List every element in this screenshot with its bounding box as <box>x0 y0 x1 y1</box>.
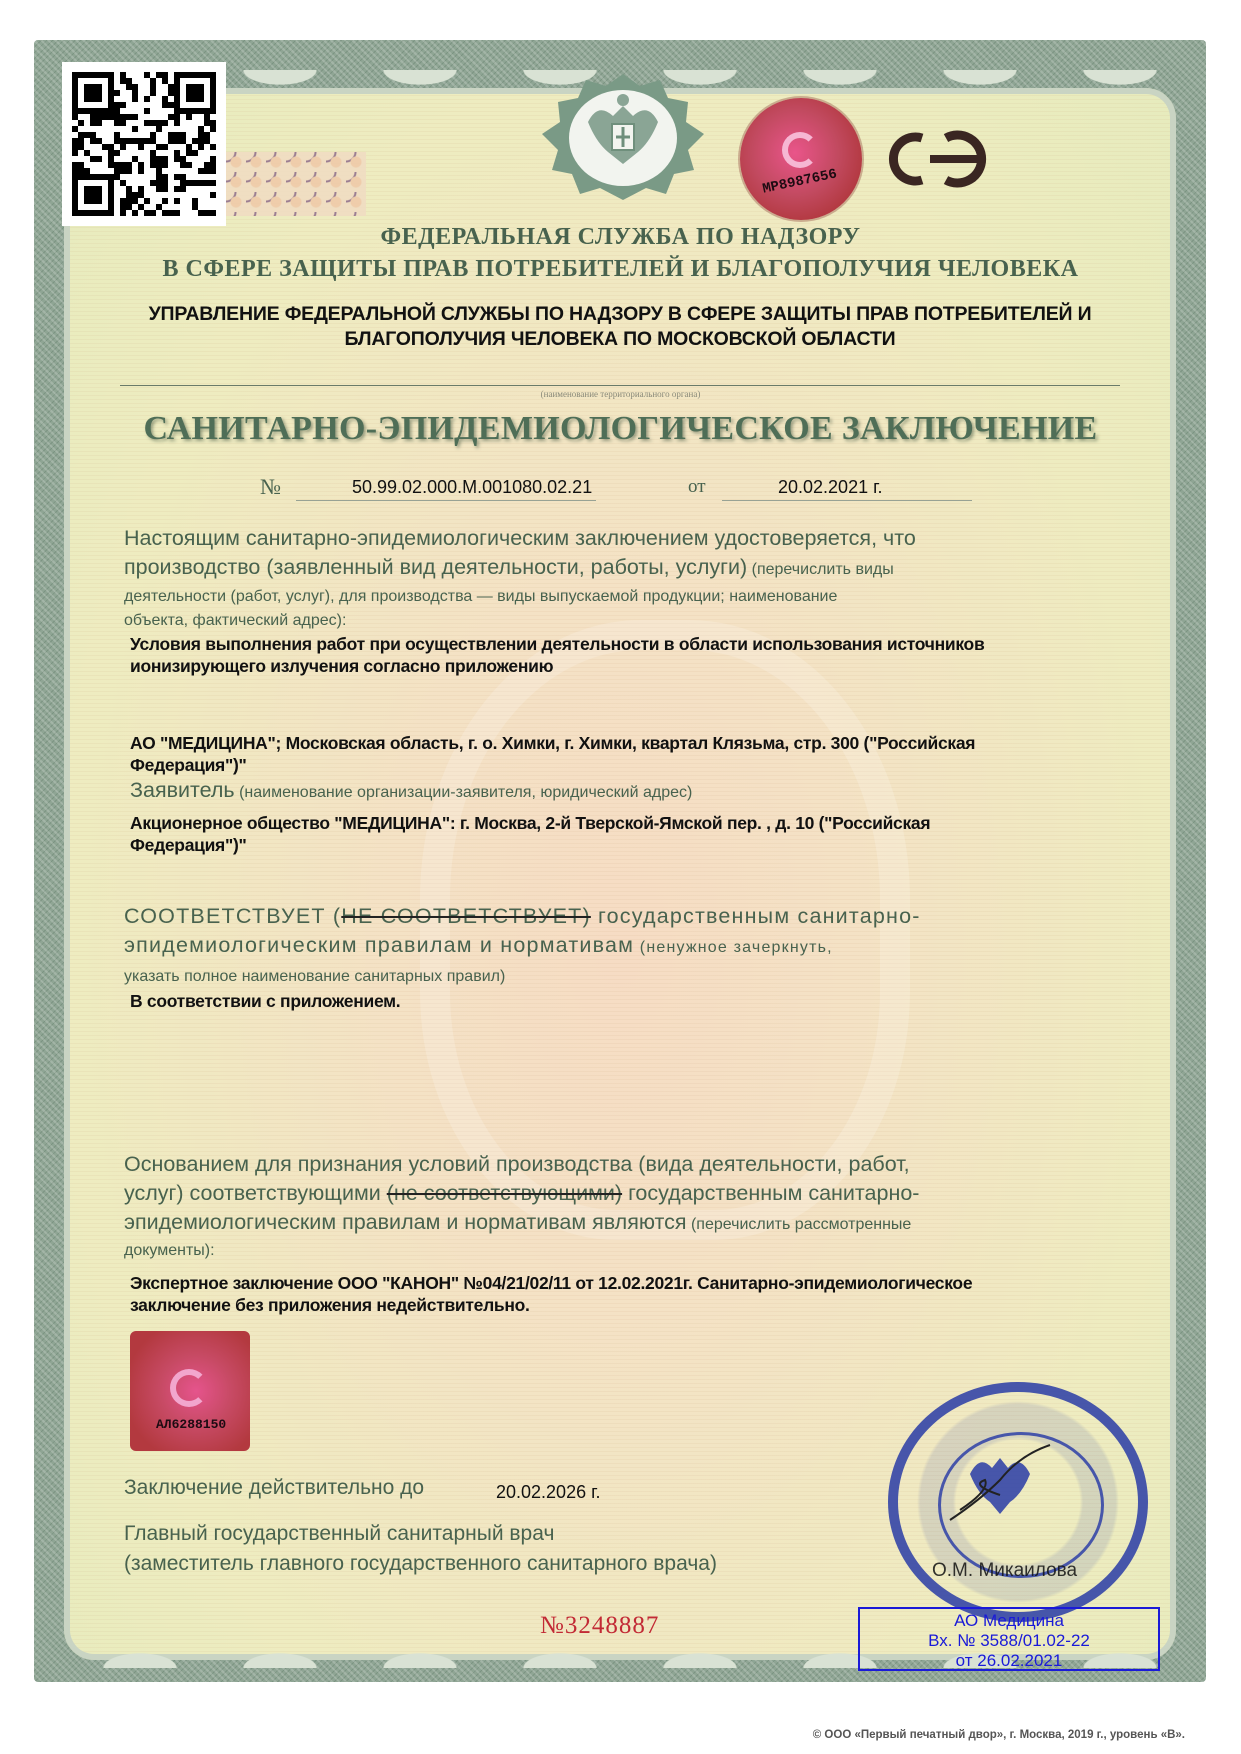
signature-icon <box>940 1440 1060 1530</box>
basis-value-line2: заключение без приложения недействительн… <box>130 1294 1110 1316</box>
stamp-line1: АО Медицина <box>860 1611 1158 1631</box>
basis-line2b: государственным санитарно- <box>622 1181 919 1205</box>
applicant-label: Заявитель <box>130 778 235 802</box>
applicant-value: Акционерное общество "МЕДИЦИНА": г. Моск… <box>130 812 1110 856</box>
hologram-round: МР8987656 <box>740 98 862 220</box>
basis-line4: документы): <box>124 1239 1109 1263</box>
basis-line2a: услуг) соответствующими <box>124 1181 387 1205</box>
document-number-row: № 50.99.02.000.М.001080.02.21 от 20.02.2… <box>260 474 980 504</box>
incoming-stamp: АО Медицина Вх. № 3588/01.02-22 от 26.02… <box>858 1607 1160 1671</box>
basis-line1: Основанием для признания условий произво… <box>124 1150 1109 1179</box>
applicant-label-row: Заявитель (наименование организации-заяв… <box>130 776 1115 807</box>
basis-value-line1: Экспертное заключение ООО "КАНОН" №04/21… <box>130 1272 1110 1294</box>
hologram-serial: МР8987656 <box>761 166 838 197</box>
stamp-line2: Вх. № 3588/01.02-22 <box>860 1631 1158 1651</box>
intro-line3: деятельности (работ, услуг), для произво… <box>124 584 1109 610</box>
intro-line2: производство (заявленный вид деятельност… <box>124 555 747 579</box>
object-line1: АО "МЕДИЦИНА"; Московская область, г. о.… <box>130 732 1110 754</box>
stamp-line3: от 26.02.2021 <box>860 1651 1158 1671</box>
applicant-line2: Федерация")" <box>130 834 1110 856</box>
agency-title-line2: В СФЕРЕ ЗАЩИТЫ ПРАВ ПОТРЕБИТЕЛЕЙ И БЛАГО… <box>0 256 1241 283</box>
security-pattern-strip <box>226 152 366 216</box>
divider <box>120 385 1120 386</box>
rospotrebnadzor-emblem-icon <box>528 72 718 202</box>
compliance-statement: СООТВЕТСТВУЕТ (НЕ СООТВЕТСТВУЕТ) государ… <box>124 902 1109 991</box>
compliance-line3: указать полное наименование санитарных п… <box>124 962 1109 991</box>
compliance-line2: эпидемиологическим правилам и нормативам <box>124 933 634 957</box>
activity-line2: ионизирующего излучения согласно приложе… <box>130 655 1110 677</box>
intro-line4: объекта, фактический адрес): <box>124 610 1109 632</box>
intro-line1: Настоящим санитарно-эпидемиологическим з… <box>124 524 1109 553</box>
activity-value: Условия выполнения работ при осуществлен… <box>130 633 1110 677</box>
document-title: САНИТАРНО-ЭПИДЕМИОЛОГИЧЕСКОЕ ЗАКЛЮЧЕНИЕ <box>0 410 1241 448</box>
basis-note: (перечислить рассмотренные <box>687 1216 912 1233</box>
certifies-intro: Настоящим санитарно-эпидемиологическим з… <box>124 524 1109 632</box>
hologram-square: АЛ6288150 <box>130 1331 250 1451</box>
intro-note: (перечислить виды <box>747 561 894 578</box>
territorial-body-caption: (наименование территориального органа) <box>0 389 1241 399</box>
document-date: 20.02.2021 г. <box>778 477 882 498</box>
territorial-body: УПРАВЛЕНИЕ ФЕДЕРАЛЬНОЙ СЛУЖБЫ ПО НАДЗОРУ… <box>100 302 1140 352</box>
signatory-title-line2: (заместитель главного государственного с… <box>124 1552 717 1576</box>
validity-label: Заключение действительно до <box>124 1476 424 1500</box>
number-underline <box>296 500 596 501</box>
document-number: 50.99.02.000.М.001080.02.21 <box>352 477 592 498</box>
form-serial-number: №3248887 <box>540 1612 659 1640</box>
signatory-name: О.М. Микаилова <box>932 1560 1077 1582</box>
printer-footer: © ООО «Первый печатный двор», г. Москва,… <box>813 1729 1185 1741</box>
not-complies-struck: НЕ СООТВЕТСТВУЕТ) <box>341 904 591 928</box>
object-line2: Федерация")" <box>130 754 1110 776</box>
qr-code[interactable] <box>62 62 226 226</box>
basis-value: Экспертное заключение ООО "КАНОН" №04/21… <box>130 1272 1110 1316</box>
date-prefix: от <box>688 476 706 498</box>
validity-date: 20.02.2026 г. <box>496 1482 600 1503</box>
activity-line1: Условия выполнения работ при осуществлен… <box>130 633 1110 655</box>
territorial-body-line2: БЛАГОПОЛУЧИЯ ЧЕЛОВЕКА ПО МОСКОВСКОЙ ОБЛА… <box>100 327 1140 352</box>
basis-statement: Основанием для признания условий произво… <box>124 1150 1109 1263</box>
number-sign: № <box>260 474 281 500</box>
hologram-bottom-serial: АЛ6288150 <box>156 1417 226 1432</box>
applicant-line1: Акционерное общество "МЕДИЦИНА": г. Моск… <box>130 812 1110 834</box>
basis-struck: (не соответствующими) <box>387 1181 622 1205</box>
compliance-value: В соответствии с приложением. <box>130 990 1110 1012</box>
compliance-note: (ненужное зачеркнуть, <box>634 939 833 956</box>
date-underline <box>722 500 972 501</box>
sanitary-mark-icon <box>878 126 990 192</box>
object-value: АО "МЕДИЦИНА"; Московская область, г. о.… <box>130 732 1110 776</box>
complies-text: СООТВЕТСТВУЕТ ( <box>124 904 341 928</box>
signatory-title-line1: Главный государственный санитарный врач <box>124 1522 554 1546</box>
territorial-body-line1: УПРАВЛЕНИЕ ФЕДЕРАЛЬНОЙ СЛУЖБЫ ПО НАДЗОРУ… <box>100 302 1140 327</box>
compliance-line1-rest: государственным санитарно- <box>591 904 921 928</box>
basis-line3: эпидемиологическим правилам и нормативам… <box>124 1210 687 1234</box>
applicant-note: (наименование организации-заявителя, юри… <box>235 784 693 801</box>
agency-title-line1: ФЕДЕРАЛЬНАЯ СЛУЖБА ПО НАДЗОРУ <box>0 224 1241 251</box>
